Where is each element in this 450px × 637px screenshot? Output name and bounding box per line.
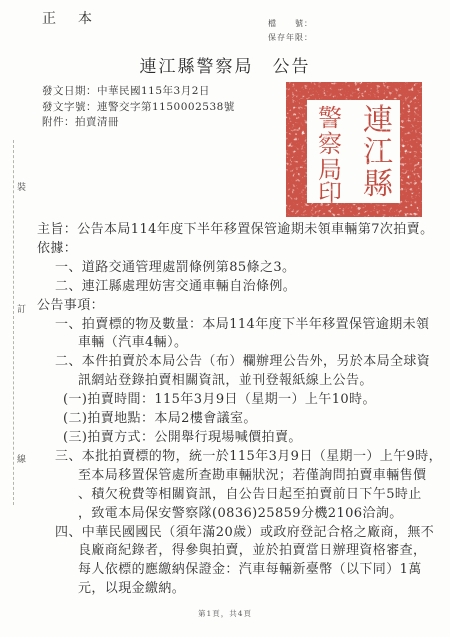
binding-mark-xian: 線 <box>14 453 29 468</box>
body-line: 車輛（汽車4輛）。 <box>78 334 437 353</box>
body-line: 訊網站登錄拍賣相關資訊，並刊登報紙線上公告。 <box>78 372 437 391</box>
archive-info-block: 檔 號： 保存年限： <box>268 17 313 45</box>
retention-period-label: 保存年限： <box>268 31 313 45</box>
announcement-body: 主旨：公告本局114年度下半年移置保管逾期未領車輛第7次拍賣。 依據： 一、道路… <box>37 221 437 599</box>
body-line: 每人依標的應繳納保證金：汽車每輛新臺幣（以下同）1萬 <box>78 561 437 580</box>
doc-number-value: 連警交字第1150002538號 <box>97 101 235 113</box>
body-line: 至本局移置保管處所查勘車輛狀況；若僅詢問拍賣車輛售價 <box>78 467 437 486</box>
seal-character: 縣 <box>363 167 394 202</box>
body-line-items-header: 公告事項： <box>37 297 437 316</box>
binding-mark-zhuang: 裝 <box>14 181 29 196</box>
doc-number-row: 發文字號：連警交字第1150002538號 <box>42 100 235 116</box>
body-line: 四、中華民國國民（須年滿20歲）或政府登記合格之廠商，無不 <box>55 524 437 543</box>
body-line: (二)拍賣地點：本局2樓會議室。 <box>63 410 437 429</box>
seal-character: 印 <box>318 179 342 207</box>
body-line: 、積欠稅費等相關資訊，自公告日起至拍賣前日下午5時止 <box>78 486 437 505</box>
copy-type-label: 正 本 <box>42 8 96 28</box>
seal-character: 連 <box>363 103 393 138</box>
body-line-basis-header: 依據： <box>37 240 437 259</box>
body-line: ，致電本局保安警察隊(0836)25859分機2106洽詢。 <box>78 505 437 524</box>
attachment-value: 拍賣清冊 <box>75 116 119 128</box>
body-line: 元，以現金繳納。 <box>78 580 437 599</box>
issue-date-label: 發文日期： <box>42 85 97 97</box>
doc-number-label: 發文字號： <box>42 101 97 113</box>
page-number: 第1頁，共4頁 <box>0 608 450 619</box>
seal-character: 警 <box>318 104 342 132</box>
body-line: 三、本批拍賣標的物，統一於115年3月9日（星期一）上午9時， <box>55 448 437 467</box>
seal-character: 察 <box>318 130 342 158</box>
official-seal: 連 江 縣 警 察 局 印 <box>286 82 422 217</box>
issue-date-value: 中華民國115年3月2日 <box>97 85 210 97</box>
attachment-row: 附件：拍賣清冊 <box>42 115 235 131</box>
issue-date-row: 發文日期：中華民國115年3月2日 <box>42 84 235 100</box>
file-number-label: 檔 號： <box>268 17 313 31</box>
seal-character: 江 <box>363 135 393 170</box>
body-line: 一、道路交通管理處罰條例第85條之3。 <box>55 259 437 278</box>
attachment-label: 附件： <box>42 116 75 128</box>
body-line: (一)拍賣時間：115年3月9日（星期一）上午10時。 <box>63 391 437 410</box>
body-line: 二、本件拍賣於本局公告（布）欄辦理公告外，另於本局全球資 <box>55 353 437 372</box>
body-line: 良廠商紀錄者，得參與拍賣，並於拍賣當日辦理資格審查， <box>78 542 437 561</box>
body-line-subject: 主旨：公告本局114年度下半年移置保管逾期未領車輛第7次拍賣。 <box>37 221 437 240</box>
binding-mark-ding: 訂 <box>14 303 29 318</box>
body-line: (三)拍賣方式：公開舉行現場喊價拍賣。 <box>63 429 437 448</box>
seal-border <box>286 82 422 217</box>
meta-block: 發文日期：中華民國115年3月2日 發文字號：連警交字第1150002538號 … <box>42 84 235 131</box>
document-page: 正 本 檔 號： 保存年限： 連江縣警察局 公告 發文日期：中華民國115年3月… <box>0 0 450 637</box>
body-line: 二、連江縣處理妨害交通車輛自治條例。 <box>55 278 437 297</box>
document-title: 連江縣警察局 公告 <box>0 52 450 77</box>
body-line: 一、拍賣標的物及數量：本局114年度下半年移置保管逾期未領 <box>55 316 437 335</box>
